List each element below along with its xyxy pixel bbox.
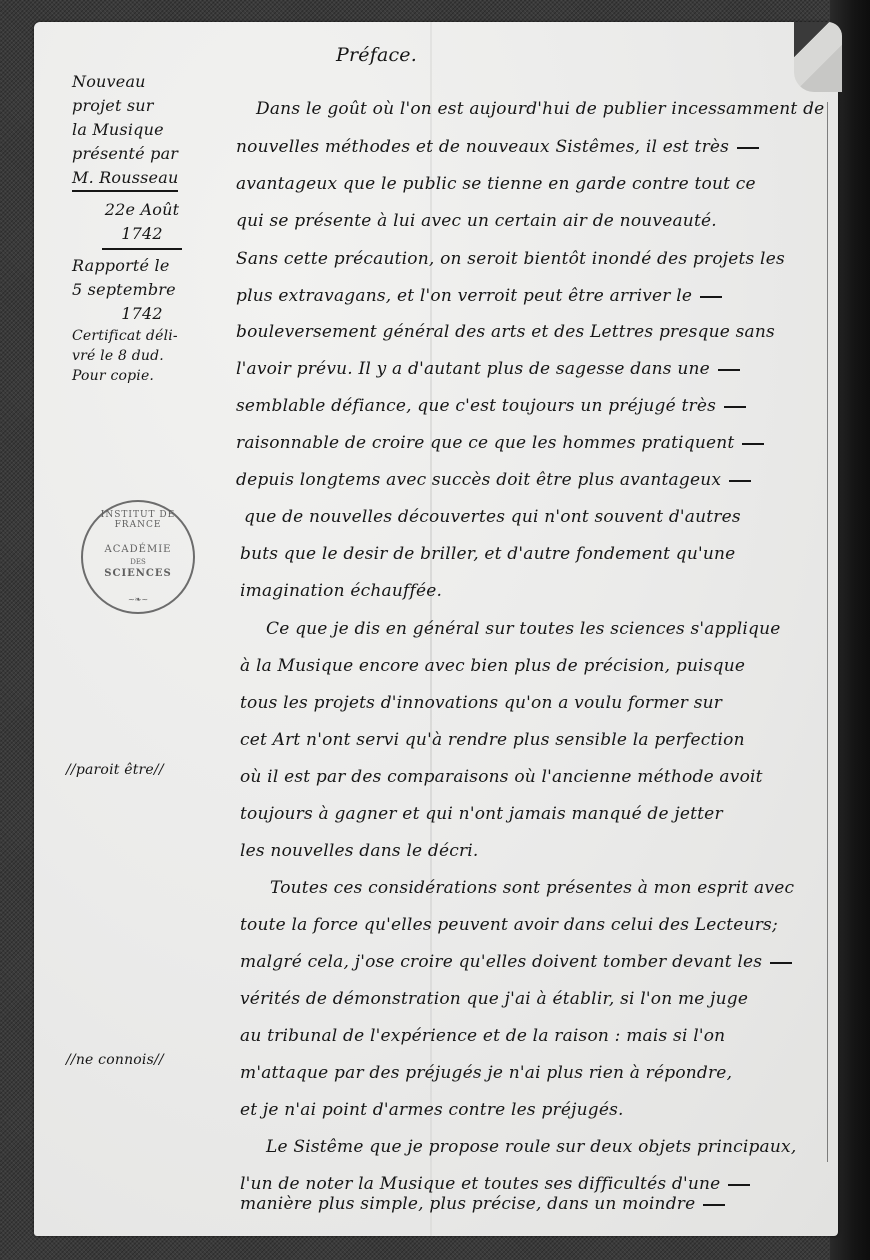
line-filler-dash xyxy=(724,406,746,408)
folded-corner xyxy=(794,22,842,92)
academie-stamp: INSTITUT DE FRANCE ACADÉMIE DES SCIENCES… xyxy=(81,500,195,614)
text-line: l'un de noter la Musique et toutes ses d… xyxy=(240,1174,750,1194)
text-line: qui se présente à lui avec un certain ai… xyxy=(236,211,717,231)
margin-header-line: projet sur xyxy=(72,94,212,118)
margin-header: Nouveau projet sur la Musique présenté p… xyxy=(72,70,212,386)
margin-gloss: //ne connois// xyxy=(66,1052,164,1068)
text-line: buts que le desir de briller, et d'autre… xyxy=(240,544,735,564)
margin-gloss: //paroit être// xyxy=(66,762,164,778)
text-line: l'avoir prévu. Il y a d'autant plus de s… xyxy=(236,359,740,379)
text-line: plus extravagans, et l'on verroit peut ê… xyxy=(236,286,722,306)
text-line: tous les projets d'innovations qu'on a v… xyxy=(240,693,722,713)
text-line: Toutes ces considérations sont présentes… xyxy=(270,878,794,898)
stamp-line: ACADÉMIE xyxy=(83,544,193,555)
line-filler-dash xyxy=(700,296,722,298)
text-line: manière plus simple, plus précise, dans … xyxy=(240,1194,725,1214)
line-filler-dash xyxy=(718,369,740,371)
line-filler-dash xyxy=(737,147,759,149)
year-line: 1742 xyxy=(72,222,212,246)
line-filler-dash xyxy=(729,480,751,482)
line-filler-dash xyxy=(742,443,764,445)
text-line: Ce que je dis en général sur toutes les … xyxy=(266,619,781,639)
text-line: avantageux que le public se tienne en ga… xyxy=(236,174,756,194)
text-line: imagination échauffée. xyxy=(240,581,442,601)
certificate-line: Pour copie. xyxy=(72,366,212,386)
stamp-ornament-icon: ~❧~ xyxy=(83,595,193,604)
text-line: et je n'ai point d'armes contre les préj… xyxy=(240,1100,624,1120)
margin-header-line: M. Rousseau xyxy=(72,166,178,192)
line-filler-dash xyxy=(728,1184,750,1186)
text-line: semblable défiance, que c'est toujours u… xyxy=(236,396,746,416)
text-line: que de nouvelles découvertes qui n'ont s… xyxy=(244,507,741,527)
margin-header-line: la Musique xyxy=(72,118,212,142)
text-line: bouleversement général des arts et des L… xyxy=(236,322,775,342)
stamp-line: SCIENCES xyxy=(83,568,193,579)
text-line: Sans cette précaution, on seroit bientôt… xyxy=(236,249,785,269)
text-line: les nouvelles dans le décri. xyxy=(240,841,479,861)
manuscript-page: Préface. Nouveau projet sur la Musique p… xyxy=(34,22,838,1236)
text-line: raisonnable de croire que ce que les hom… xyxy=(236,433,764,453)
text-line: depuis longtems avec succès doit être pl… xyxy=(236,470,751,490)
line-filler-dash xyxy=(770,962,792,964)
margin-header-line: Nouveau xyxy=(72,70,212,94)
text-line: où il est par des comparaisons où l'anci… xyxy=(240,767,763,787)
text-line: toute la force qu'elles peuvent avoir da… xyxy=(240,915,778,935)
text-line: Le Sistême que je propose roule sur deux… xyxy=(266,1137,796,1157)
page-title: Préface. xyxy=(336,44,417,66)
text-line: vérités de démonstration que j'ai à étab… xyxy=(240,989,748,1009)
text-line: cet Art n'ont servi qu'à rendre plus sen… xyxy=(240,730,745,750)
separator-line xyxy=(102,248,182,250)
text-line: m'attaque par des préjugés je n'ai plus … xyxy=(240,1063,732,1083)
date-line: 22e Août xyxy=(72,198,212,222)
margin-header-line: présenté par xyxy=(72,142,212,166)
text-line: nouvelles méthodes et de nouveaux Sistêm… xyxy=(236,137,759,157)
line-filler-dash xyxy=(703,1204,725,1206)
text-line: à la Musique encore avec bien plus de pr… xyxy=(240,656,745,676)
report-line: 5 septembre xyxy=(72,278,212,302)
stamp-ring-text: INSTITUT DE FRANCE xyxy=(83,510,193,530)
certificate-line: Certificat déli- xyxy=(72,326,212,346)
text-line: malgré cela, j'ose croire qu'elles doive… xyxy=(240,952,792,972)
text-line: toujours à gagner et qui n'ont jamais ma… xyxy=(240,804,723,824)
stamp-line: DES xyxy=(83,558,193,566)
text-line: Dans le goût où l'on est aujourd'hui de … xyxy=(256,99,824,119)
report-year: 1742 xyxy=(72,302,212,326)
report-line: Rapporté le xyxy=(72,254,212,278)
text-line: au tribunal de l'expérience et de la rai… xyxy=(240,1026,725,1046)
margin-rule xyxy=(827,102,828,1162)
certificate-line: vré le 8 dud. xyxy=(72,346,212,366)
